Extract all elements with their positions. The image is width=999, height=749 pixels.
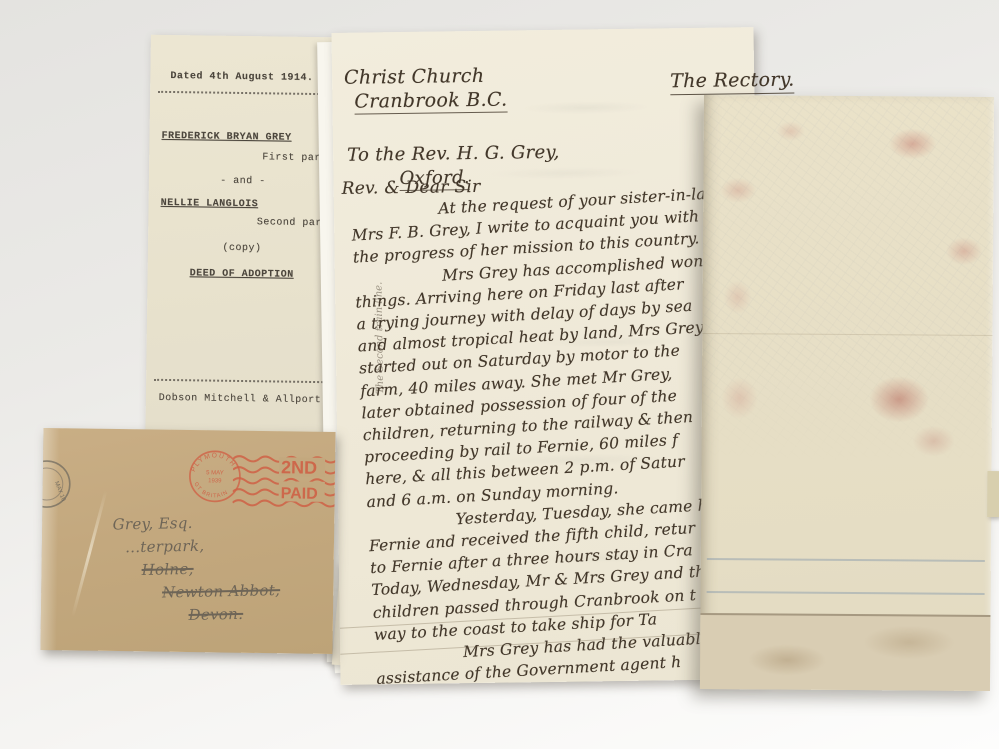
deed-copy-label: (copy) (148, 242, 336, 256)
letter-sender-line2: Cranbrook B.C. (354, 89, 507, 115)
envelope-address: Grey, Esq. ...terpark, Holne, Newton Abb… (94, 510, 280, 629)
letter-rectory-line: The Rectory. (670, 69, 795, 96)
partial-black-postmark-icon: MAY 10 (40, 456, 77, 518)
svg-text:1939: 1939 (208, 478, 222, 484)
deed-dated-line: Dated 4th August 1914. (170, 71, 313, 84)
deed-document: Dated 4th August 1914. FREDERICK BRYAN G… (145, 35, 339, 458)
dotted-rule (158, 91, 330, 95)
deed-conjunction: - and - (149, 175, 337, 189)
photograph-of-documents: { "deed": { "dated_line": "Dated 4th Aug… (0, 0, 999, 749)
svg-text:2ND: 2ND (281, 457, 317, 478)
letter-recipient-line1: To the Rev. H. G. Grey, (347, 142, 560, 166)
deed-title: DEED OF ADOPTION (148, 268, 336, 282)
map-bottom-flap (700, 613, 991, 691)
svg-text:5 MAY: 5 MAY (206, 470, 224, 476)
letter-sender-line1: Christ Church (344, 65, 485, 89)
map-folded-tab (987, 471, 999, 517)
deed-party2-role: Second part (148, 216, 336, 230)
folded-map (700, 95, 994, 691)
side-postmark-text: MAY 10 (53, 481, 66, 503)
svg-text:PAID: PAID (281, 485, 318, 503)
second-class-paid-cancel-icon: 2ND PAID (232, 453, 335, 515)
handwritten-letter: Christ Church Cranbrook B.C. The Rectory… (331, 27, 762, 685)
envelope: MAY 10 PLYMOUTH 5 MAY 1939 GT BRITAIN (40, 428, 335, 654)
deed-party1-role: First part (149, 151, 337, 165)
address-line-struck: Newton Abbot, (96, 579, 281, 606)
address-line-struck: Devon. (96, 602, 281, 629)
dotted-rule (154, 379, 326, 383)
map-colored-regions (700, 95, 994, 691)
deed-law-firm: Dobson Mitchell & Allport (146, 393, 334, 407)
